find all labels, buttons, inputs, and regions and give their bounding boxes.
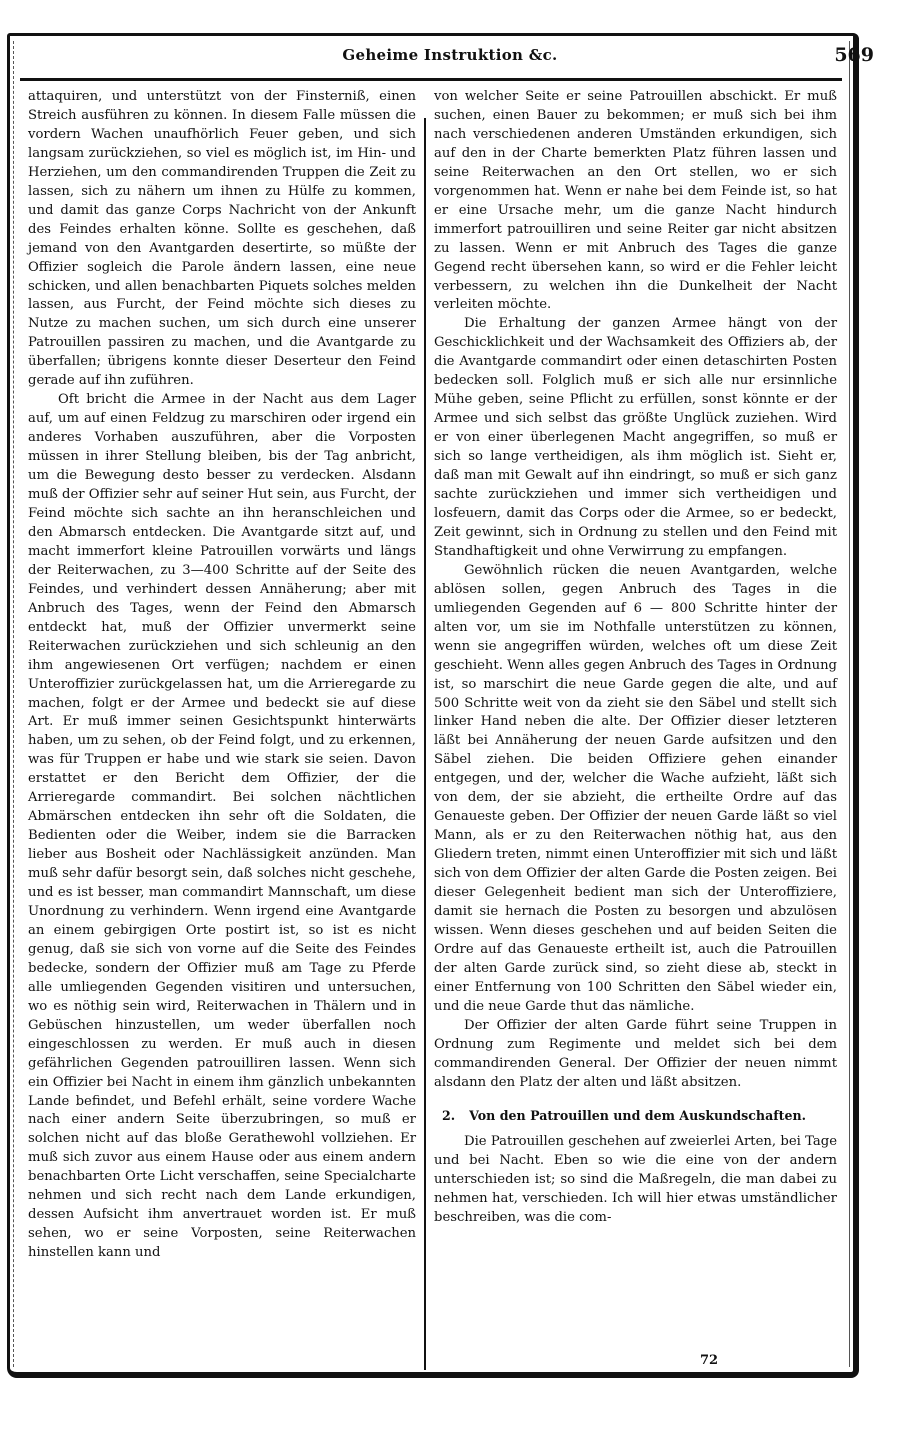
- running-head: Geheime Instruktion &c. 569: [20, 42, 880, 70]
- paragraph: Oft bricht die Armee in der Nacht aus de…: [28, 391, 416, 1263]
- section-number: 2.: [442, 1108, 455, 1123]
- paragraph: Der Offizier der alten Garde führt seine…: [434, 1017, 837, 1093]
- paragraph: Die Patrouillen geschehen auf zweierlei …: [434, 1133, 837, 1228]
- paragraph: Gewöhnlich rücken die neuen Avantgarden,…: [434, 562, 837, 1017]
- column-divider: [424, 118, 426, 1370]
- page-header-title: Geheime Instruktion &c.: [20, 46, 880, 64]
- signature-mark: 72: [700, 1353, 718, 1368]
- page-number: 569: [834, 44, 874, 66]
- paragraph: Die Erhaltung der ganzen Armee hängt von…: [434, 315, 837, 561]
- header-rule: [20, 78, 842, 81]
- paragraph: von welcher Seite er seine Patrouillen a…: [434, 88, 837, 315]
- section-heading: 2.Von den Patrouillen und dem Auskundsch…: [434, 1107, 837, 1126]
- left-column: attaquiren, und unterstützt von der Fins…: [28, 88, 416, 1263]
- paragraph: attaquiren, und unterstützt von der Fins…: [28, 88, 416, 391]
- right-column: von welcher Seite er seine Patrouillen a…: [434, 88, 837, 1228]
- section-title: Von den Patrouillen und dem Auskundschaf…: [469, 1108, 806, 1123]
